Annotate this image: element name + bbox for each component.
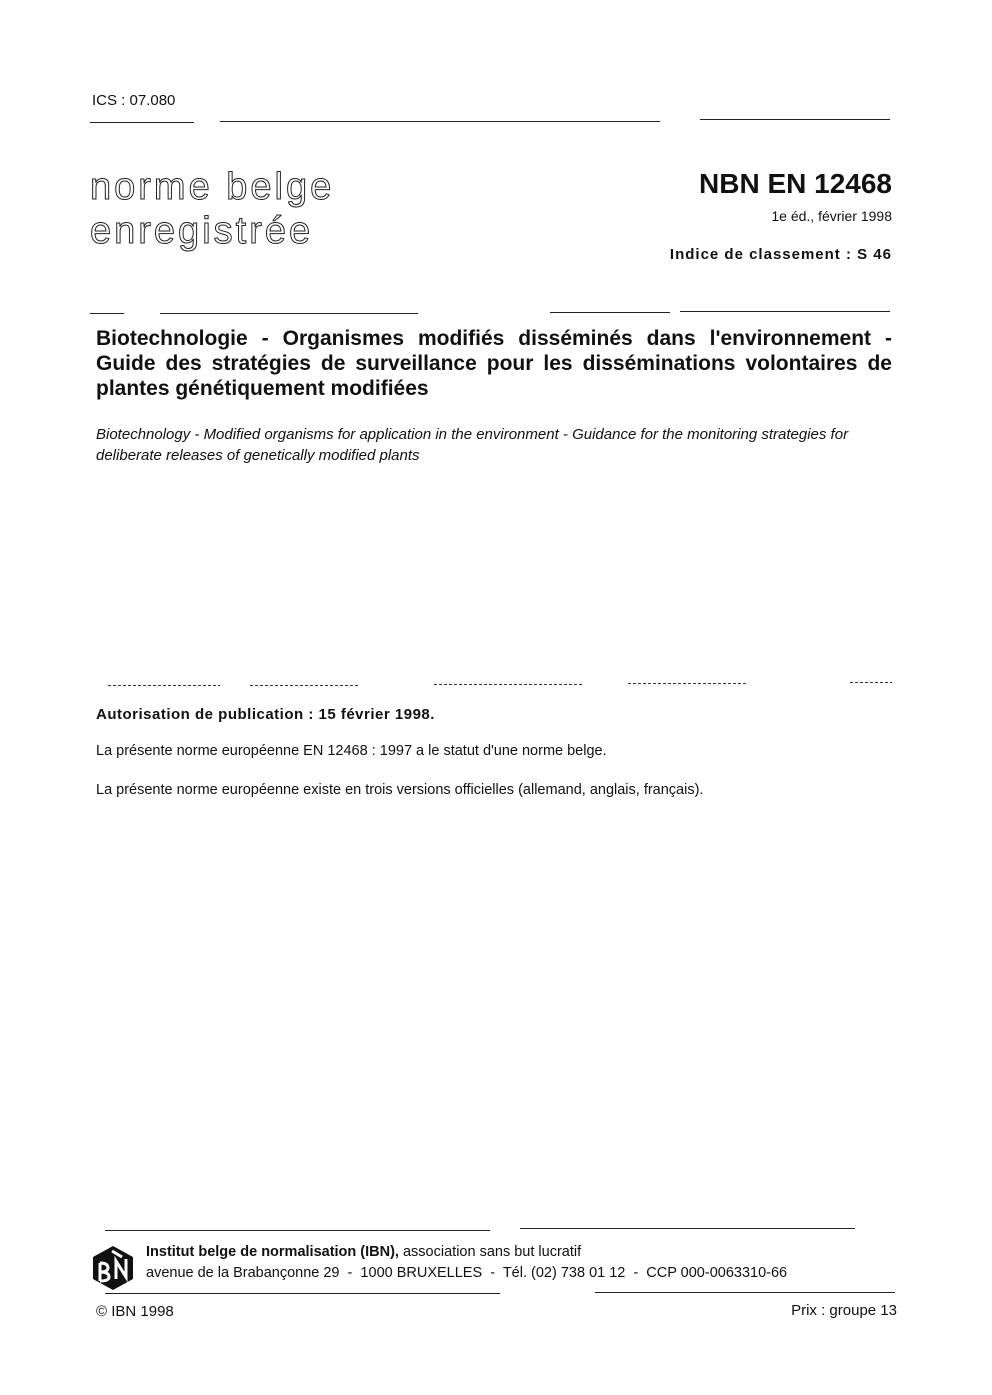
- versions-paragraph: La présente norme européenne existe en t…: [96, 782, 703, 798]
- divider: [700, 119, 890, 120]
- brand-enregistree: enregistrée: [90, 212, 313, 250]
- title-english: Biotechnology - Modified organisms for a…: [96, 424, 892, 466]
- divider: [434, 684, 582, 685]
- divider: [520, 1228, 855, 1229]
- divider: [680, 311, 890, 312]
- classification-index: Indice de classement : S 46: [670, 246, 892, 263]
- divider: [90, 313, 124, 314]
- divider: [90, 122, 194, 123]
- ics-code: ICS : 07.080: [92, 92, 175, 109]
- publication-authorization: Autorisation de publication : 15 février…: [96, 706, 435, 723]
- ibn-logo-icon: [92, 1245, 134, 1291]
- divider: [595, 1292, 895, 1293]
- institute-name: Institut belge de normalisation (IBN), a…: [146, 1244, 581, 1260]
- price-group: Prix : groupe 13: [791, 1302, 897, 1319]
- standard-code: NBN EN 12468: [699, 168, 892, 200]
- edition-date: 1e éd., février 1998: [771, 208, 892, 224]
- institute-bold: Institut belge de normalisation (IBN),: [146, 1244, 399, 1260]
- divider: [108, 685, 220, 686]
- institute-address: avenue de la Brabançonne 29 - 1000 BRUXE…: [146, 1265, 787, 1281]
- copyright: © IBN 1998: [96, 1303, 174, 1320]
- divider: [220, 121, 660, 122]
- divider: [550, 312, 670, 313]
- brand-norme-belge: norme belge: [90, 168, 334, 206]
- institute-desc: association sans but lucratif: [399, 1244, 581, 1260]
- status-paragraph: La présente norme européenne EN 12468 : …: [96, 743, 607, 759]
- divider: [160, 313, 418, 314]
- divider: [850, 682, 892, 683]
- divider: [105, 1293, 500, 1294]
- title-french: Biotechnologie - Organismes modifiés dis…: [96, 326, 892, 401]
- divider: [628, 683, 748, 684]
- divider: [250, 685, 360, 686]
- divider: [105, 1230, 490, 1231]
